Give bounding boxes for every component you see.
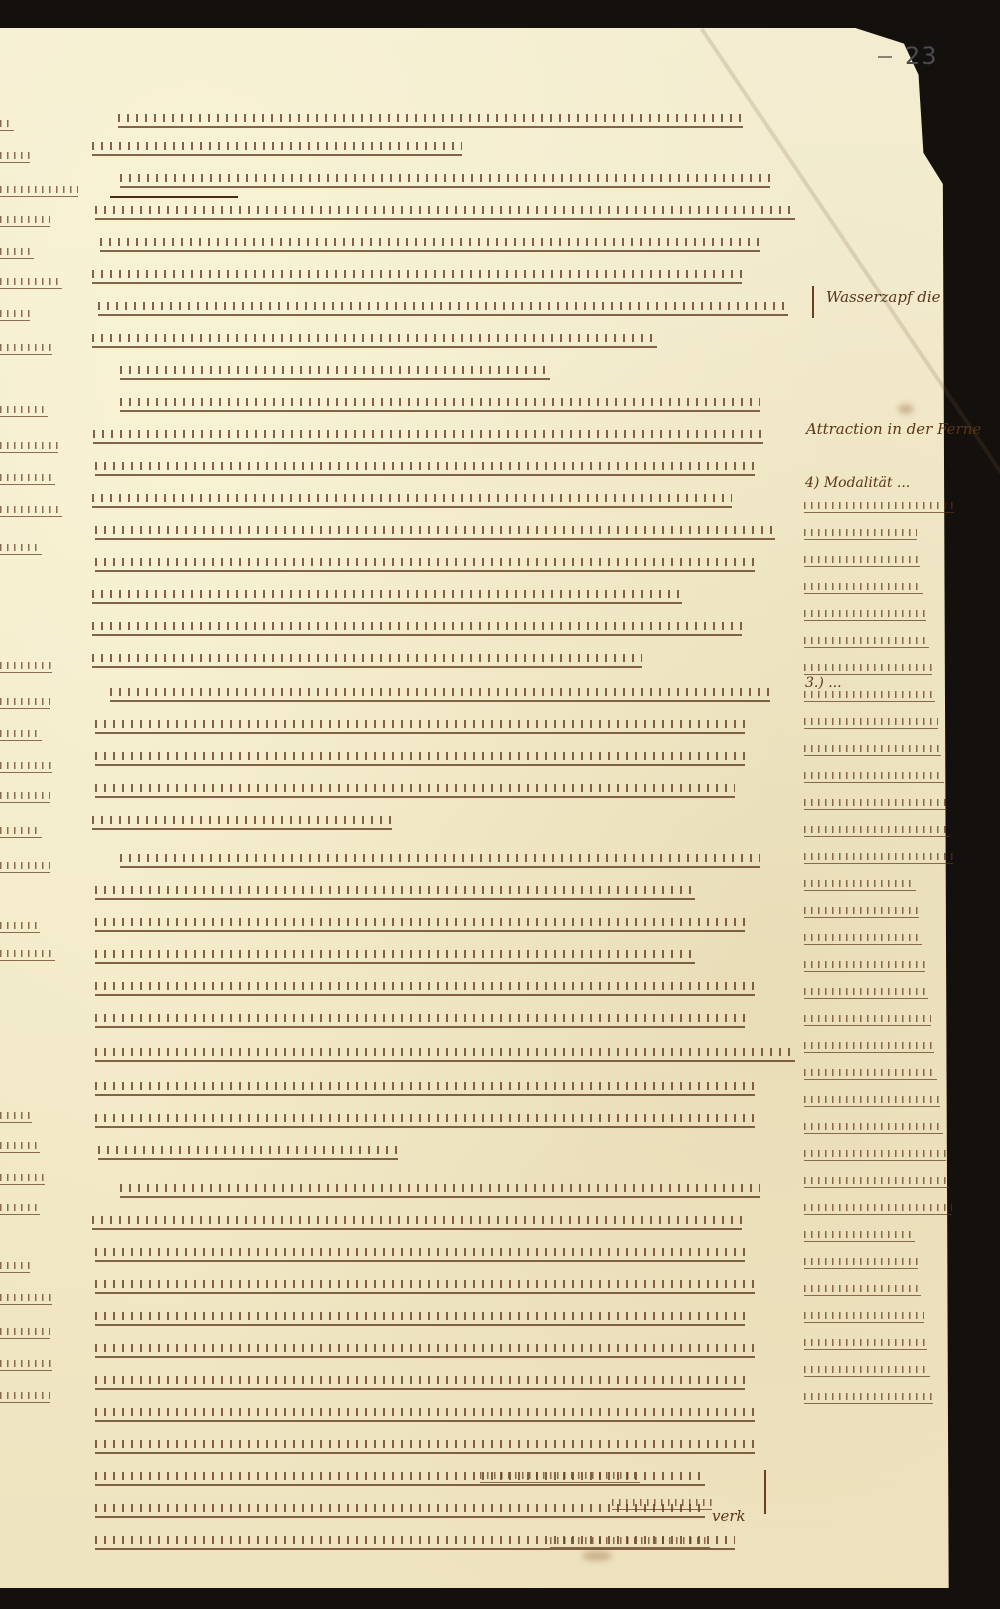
handwritten-line xyxy=(92,588,682,604)
margin-note-item-4: 4) Modalität ... xyxy=(805,475,910,491)
margin-note-attraction: Attraction in der Ferne xyxy=(806,420,981,438)
handwritten-line xyxy=(92,140,462,156)
margin-note-line xyxy=(804,527,917,540)
handwritten-line xyxy=(95,556,755,572)
margin-note-line xyxy=(804,1364,930,1377)
handwritten-line xyxy=(92,268,742,284)
margin-note-line xyxy=(804,1229,915,1242)
margin-note-line xyxy=(804,851,953,864)
margin-bracket xyxy=(812,286,814,318)
handwritten-line xyxy=(98,300,788,316)
margin-note-line xyxy=(804,824,950,837)
margin-note-line xyxy=(804,1121,943,1134)
cut-off-margin-word xyxy=(0,1110,32,1123)
cut-off-margin-word xyxy=(0,790,50,803)
handwritten-line xyxy=(120,1182,760,1198)
cut-off-margin-word xyxy=(0,440,58,453)
margin-note-line xyxy=(804,1283,921,1296)
margin-note-line xyxy=(804,770,944,783)
margin-note-line xyxy=(804,608,926,621)
margin-note-line xyxy=(804,716,938,729)
cut-off-margin-word xyxy=(0,860,50,873)
cut-off-margin-word xyxy=(0,1292,52,1305)
handwritten-line xyxy=(95,750,745,766)
page-number-dash xyxy=(878,56,892,58)
handwritten-line xyxy=(95,948,695,964)
margin-note-top: Wasserzapf die xyxy=(826,288,941,306)
margin-note-line xyxy=(804,959,925,972)
ink-stain xyxy=(898,404,914,414)
cut-off-margin-word xyxy=(0,150,30,163)
margin-note-line xyxy=(804,635,929,648)
cut-off-margin-word xyxy=(0,308,30,321)
handwritten-line xyxy=(92,492,732,508)
handwritten-line xyxy=(95,1406,755,1422)
interlinear-insertion xyxy=(612,1497,712,1510)
cut-off-margin-word xyxy=(0,118,14,131)
margin-note-line xyxy=(804,1013,931,1026)
cut-off-margin-word xyxy=(0,542,42,555)
handwritten-line xyxy=(95,782,735,798)
handwritten-line xyxy=(120,396,760,412)
handwritten-line xyxy=(110,686,770,702)
margin-note-line xyxy=(804,905,919,918)
ink-stain xyxy=(582,1551,612,1561)
cut-off-margin-word xyxy=(0,184,78,197)
margin-note-line xyxy=(804,500,954,513)
handwritten-line xyxy=(118,112,743,128)
margin-note-verk: verk xyxy=(712,1507,746,1525)
handwritten-line xyxy=(95,916,745,932)
handwritten-line xyxy=(120,852,760,868)
margin-note-line xyxy=(804,662,932,675)
margin-note-line xyxy=(804,1391,933,1404)
cut-off-margin-word xyxy=(0,948,55,961)
handwritten-line xyxy=(120,364,550,380)
cut-off-margin-word xyxy=(0,1358,52,1371)
cut-off-margin-word xyxy=(0,1172,45,1185)
handwritten-line xyxy=(95,460,755,476)
cut-off-margin-word xyxy=(0,342,52,355)
handwritten-line xyxy=(95,1112,755,1128)
insertion-mark xyxy=(764,1470,766,1514)
cut-off-margin-word xyxy=(0,1140,40,1153)
cut-off-margin-word xyxy=(0,728,42,741)
handwritten-line xyxy=(92,620,742,636)
cut-off-margin-word xyxy=(0,246,34,259)
handwritten-line xyxy=(98,1144,398,1160)
cut-off-margin-word xyxy=(0,1326,50,1339)
margin-note-line xyxy=(804,743,941,756)
margin-note-line xyxy=(804,1067,937,1080)
handwritten-line xyxy=(93,428,763,444)
cut-off-margin-word xyxy=(0,660,52,673)
margin-note-line xyxy=(804,1256,918,1269)
cut-off-margin-word xyxy=(0,472,55,485)
handwritten-line xyxy=(95,1374,745,1390)
cut-off-margin-word xyxy=(0,276,62,289)
margin-note-line xyxy=(804,932,922,945)
interlinear-insertion xyxy=(550,1535,710,1548)
handwritten-line xyxy=(100,236,760,252)
handwritten-line xyxy=(92,332,657,348)
handwritten-line xyxy=(120,172,770,188)
margin-note-line xyxy=(804,1040,934,1053)
interlinear-insertion xyxy=(480,1470,640,1483)
handwritten-line xyxy=(92,652,642,668)
margin-note-line xyxy=(804,581,923,594)
handwritten-line xyxy=(95,1278,755,1294)
strikethrough xyxy=(110,196,238,198)
handwritten-line xyxy=(95,718,745,734)
handwritten-line xyxy=(95,884,695,900)
cut-off-margin-word xyxy=(0,920,40,933)
page-number: 23 xyxy=(905,42,938,70)
margin-note-line xyxy=(804,878,916,891)
cut-off-margin-word xyxy=(0,504,62,517)
margin-note-line xyxy=(804,1202,952,1215)
margin-note-item-3: 3.) ... xyxy=(805,675,842,691)
cut-off-margin-word xyxy=(0,214,50,227)
margin-note-line xyxy=(804,1094,940,1107)
margin-note-line xyxy=(804,797,947,810)
cut-off-margin-word xyxy=(0,1260,30,1273)
handwritten-line xyxy=(95,1438,755,1454)
cut-off-margin-word xyxy=(0,404,48,417)
cut-off-margin-word xyxy=(0,1390,50,1403)
cut-off-margin-word xyxy=(0,825,42,838)
handwritten-line xyxy=(95,1310,745,1326)
handwritten-line xyxy=(95,1012,745,1028)
handwritten-line xyxy=(95,524,775,540)
margin-note-line xyxy=(804,986,928,999)
handwritten-line xyxy=(92,1214,742,1230)
cut-off-margin-word xyxy=(0,696,50,709)
cut-off-margin-word xyxy=(0,760,52,773)
margin-note-line xyxy=(804,554,920,567)
handwritten-line xyxy=(95,204,795,220)
margin-note-line xyxy=(804,1310,924,1323)
handwritten-line xyxy=(95,1342,755,1358)
margin-note-line xyxy=(804,1337,927,1350)
margin-note-line xyxy=(804,1148,946,1161)
handwritten-line xyxy=(95,1046,795,1062)
handwritten-line xyxy=(95,1080,755,1096)
cut-off-margin-word xyxy=(0,1202,40,1215)
handwritten-line xyxy=(95,980,755,996)
handwritten-line xyxy=(92,814,392,830)
margin-note-line xyxy=(804,1175,949,1188)
handwritten-line xyxy=(95,1246,745,1262)
